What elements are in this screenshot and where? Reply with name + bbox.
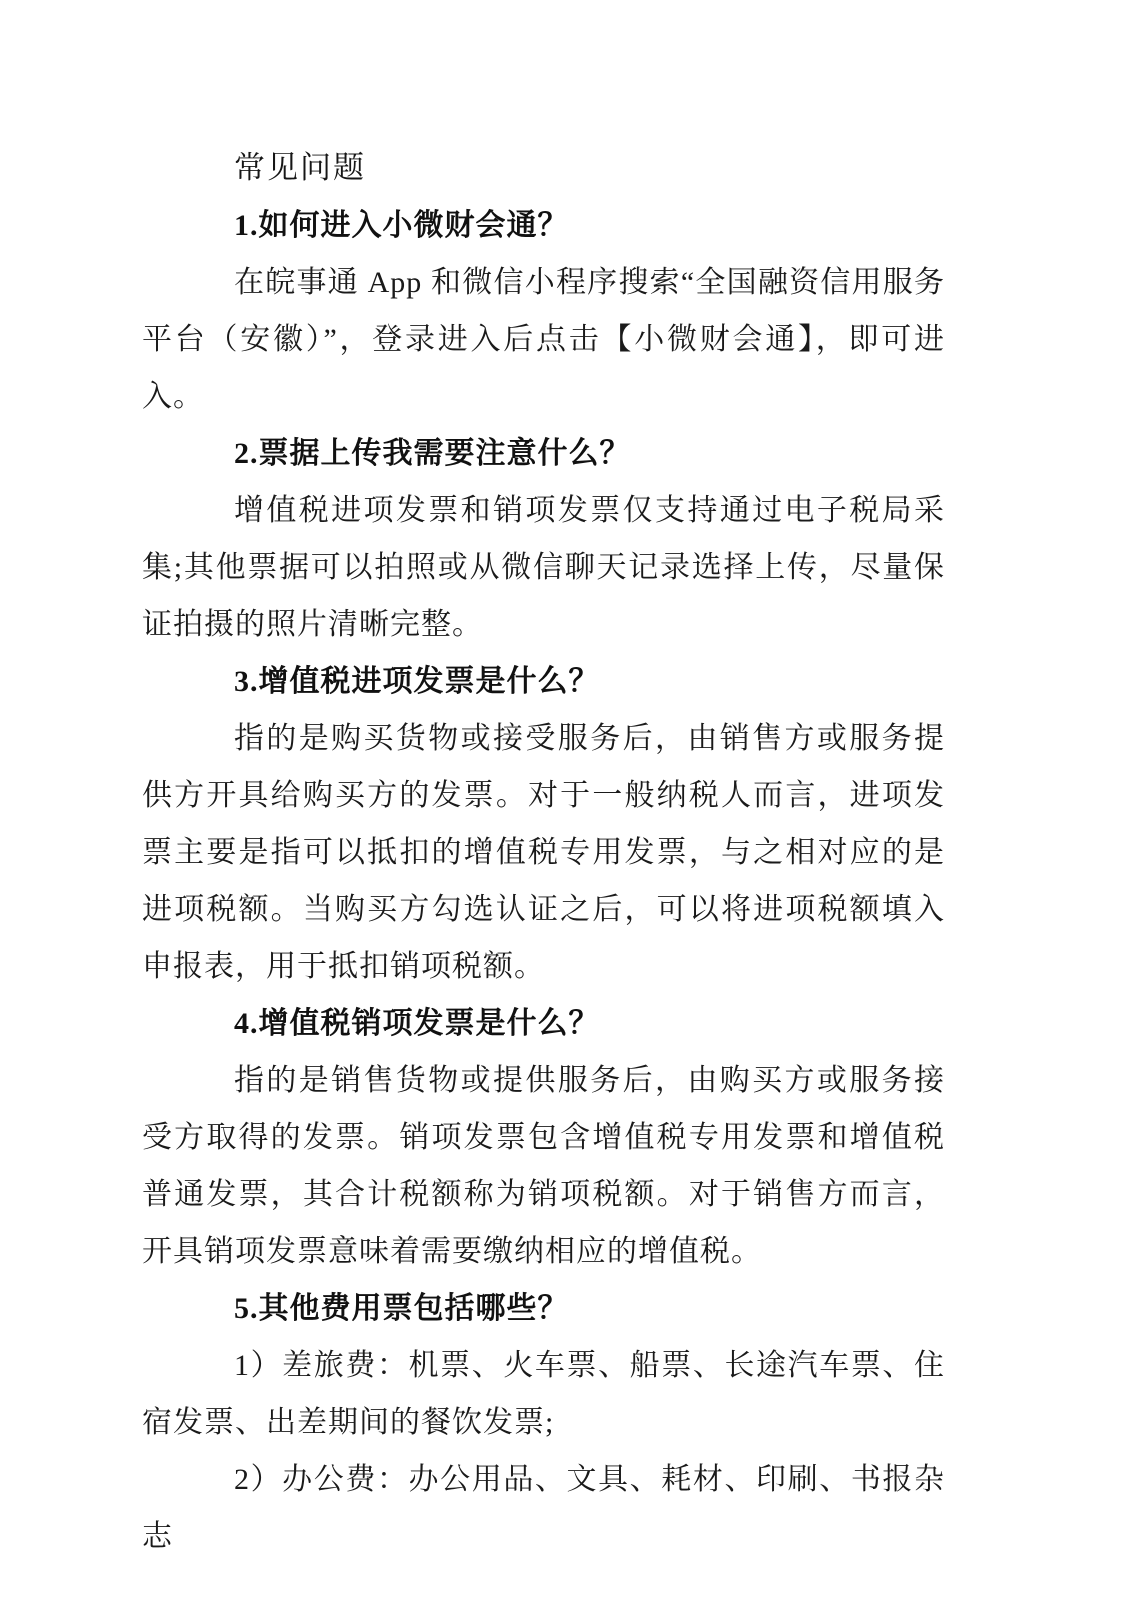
faq-answer-paragraph: 2）办公费：办公用品、文具、耗材、印刷、书报杂志 [142, 1451, 945, 1565]
faq-question-5: 5.其他费用票包括哪些？ [142, 1280, 945, 1337]
faq-answer-paragraph: 增值税进项发票和销项发票仅支持通过电子税局采集;其他票据可以拍照或从微信聊天记录… [142, 482, 945, 653]
faq-question-3: 3.增值税进项发票是什么？ [142, 653, 945, 710]
page-title: 常见问题 [142, 140, 945, 197]
faq-answer-paragraph: 1）差旅费：机票、火车票、船票、长途汽车票、住宿发票、出差期间的餐饮发票; [142, 1337, 945, 1451]
faq-sections: 1.如何进入小微财会通？在皖事通 App 和微信小程序搜索“全国融资信用服务平台… [142, 197, 945, 1565]
faq-answer-paragraph: 在皖事通 App 和微信小程序搜索“全国融资信用服务平台（安徽）”，登录进入后点… [142, 254, 945, 425]
faq-answer-paragraph: 指的是销售货物或提供服务后，由购买方或服务接受方取得的发票。销项发票包含增值税专… [142, 1052, 945, 1280]
faq-question-2: 2.票据上传我需要注意什么？ [142, 425, 945, 482]
faq-answer-paragraph: 指的是购买货物或接受服务后，由销售方或服务提供方开具给购买方的发票。对于一般纳税… [142, 710, 945, 995]
faq-question-1: 1.如何进入小微财会通？ [142, 197, 945, 254]
document-page: 常见问题 1.如何进入小微财会通？在皖事通 App 和微信小程序搜索“全国融资信… [0, 0, 1131, 1600]
faq-question-4: 4.增值税销项发票是什么？ [142, 995, 945, 1052]
